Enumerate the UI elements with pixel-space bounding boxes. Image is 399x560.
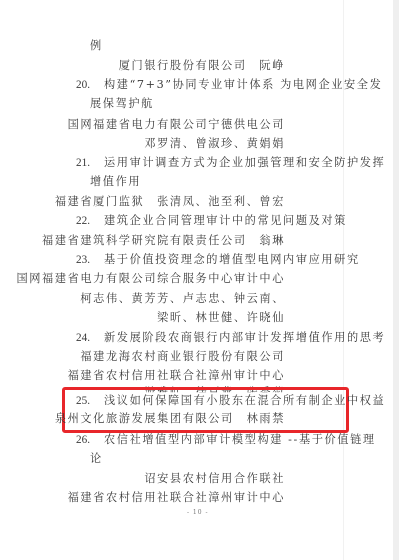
entry-23-org: 国网福建省电力有限公司综合服务中心审计中心 <box>16 272 285 286</box>
entry-22-number: 22. <box>76 214 90 228</box>
entry-26-org-1: 诏安县农村信用合作联社 <box>144 472 285 486</box>
entry-22-org: 福建省建筑科学研究院有限责任公司 翁琳 <box>42 234 285 248</box>
entry-24-org-2: 福建省农村信用社联合社漳州审计中心 <box>68 369 285 383</box>
entry-20-title: 构建“7+3”协同专业审计体系 为电网企业安全发 <box>104 78 382 92</box>
entry-21-title-continuation: 增值作用 <box>90 175 141 189</box>
entry-20-number: 20. <box>76 78 90 92</box>
entry-20-authors: 邓罗清、曾淑珍、黄娟娟 <box>144 137 285 151</box>
entry-23-authors-2: 梁昕、林世健、许晓仙 <box>157 311 285 325</box>
entry-26-title-continuation: 论 <box>90 452 103 466</box>
entry-22-title: 建筑企业合同管理审计中的常见问题及对策 <box>104 214 347 228</box>
entry-21-title: 运用审计调查方式为企业加强管理和安全防护发挥 <box>104 156 385 170</box>
page-edge <box>393 0 399 560</box>
entry-20-title-continuation: 展保驾护航 <box>90 97 154 111</box>
entry-19-org: 厦门银行股份有限公司 阮峥 <box>119 59 285 73</box>
entry-24-title: 新发展阶段农商银行内部审计发挥增值作用的思考 <box>104 331 385 345</box>
entry-24-number: 24. <box>76 331 90 345</box>
entry-23-title: 基于价值投资理念的增值型电网内审应用研究 <box>104 253 360 267</box>
entry-19-title-continuation: 例 <box>90 39 103 53</box>
page-number: - 10 - <box>187 509 209 516</box>
entry-23-number: 23. <box>76 253 90 267</box>
entry-25-org: 泉州文化旅游发展集团有限公司 林雨禁 <box>55 412 285 426</box>
entry-20-org: 国网福建省电力有限公司宁德供电公司 <box>68 118 285 132</box>
entry-26-org-2: 福建省农村信用社联合社漳州审计中心 <box>68 491 285 505</box>
entry-26-number: 26. <box>76 433 90 447</box>
entry-26-title: 农信社增值型内部审计模型构建 --基于价值链理 <box>104 433 376 447</box>
entry-21-org: 福建省厦门监狱 张清凤、池至利、曾宏 <box>55 195 285 209</box>
entry-23-authors-1: 柯志伟、黄芳芳、卢志忠、钟云南、 <box>80 292 285 306</box>
entry-25-number: 25. <box>76 394 90 408</box>
entry-25-title: 浅议如何保障国有小股东在混合所有制企业中权益 <box>104 394 385 408</box>
entry-21-number: 21. <box>76 156 90 170</box>
entry-24-org-1: 福建龙海农村商业银行股份有限公司 <box>80 350 285 364</box>
